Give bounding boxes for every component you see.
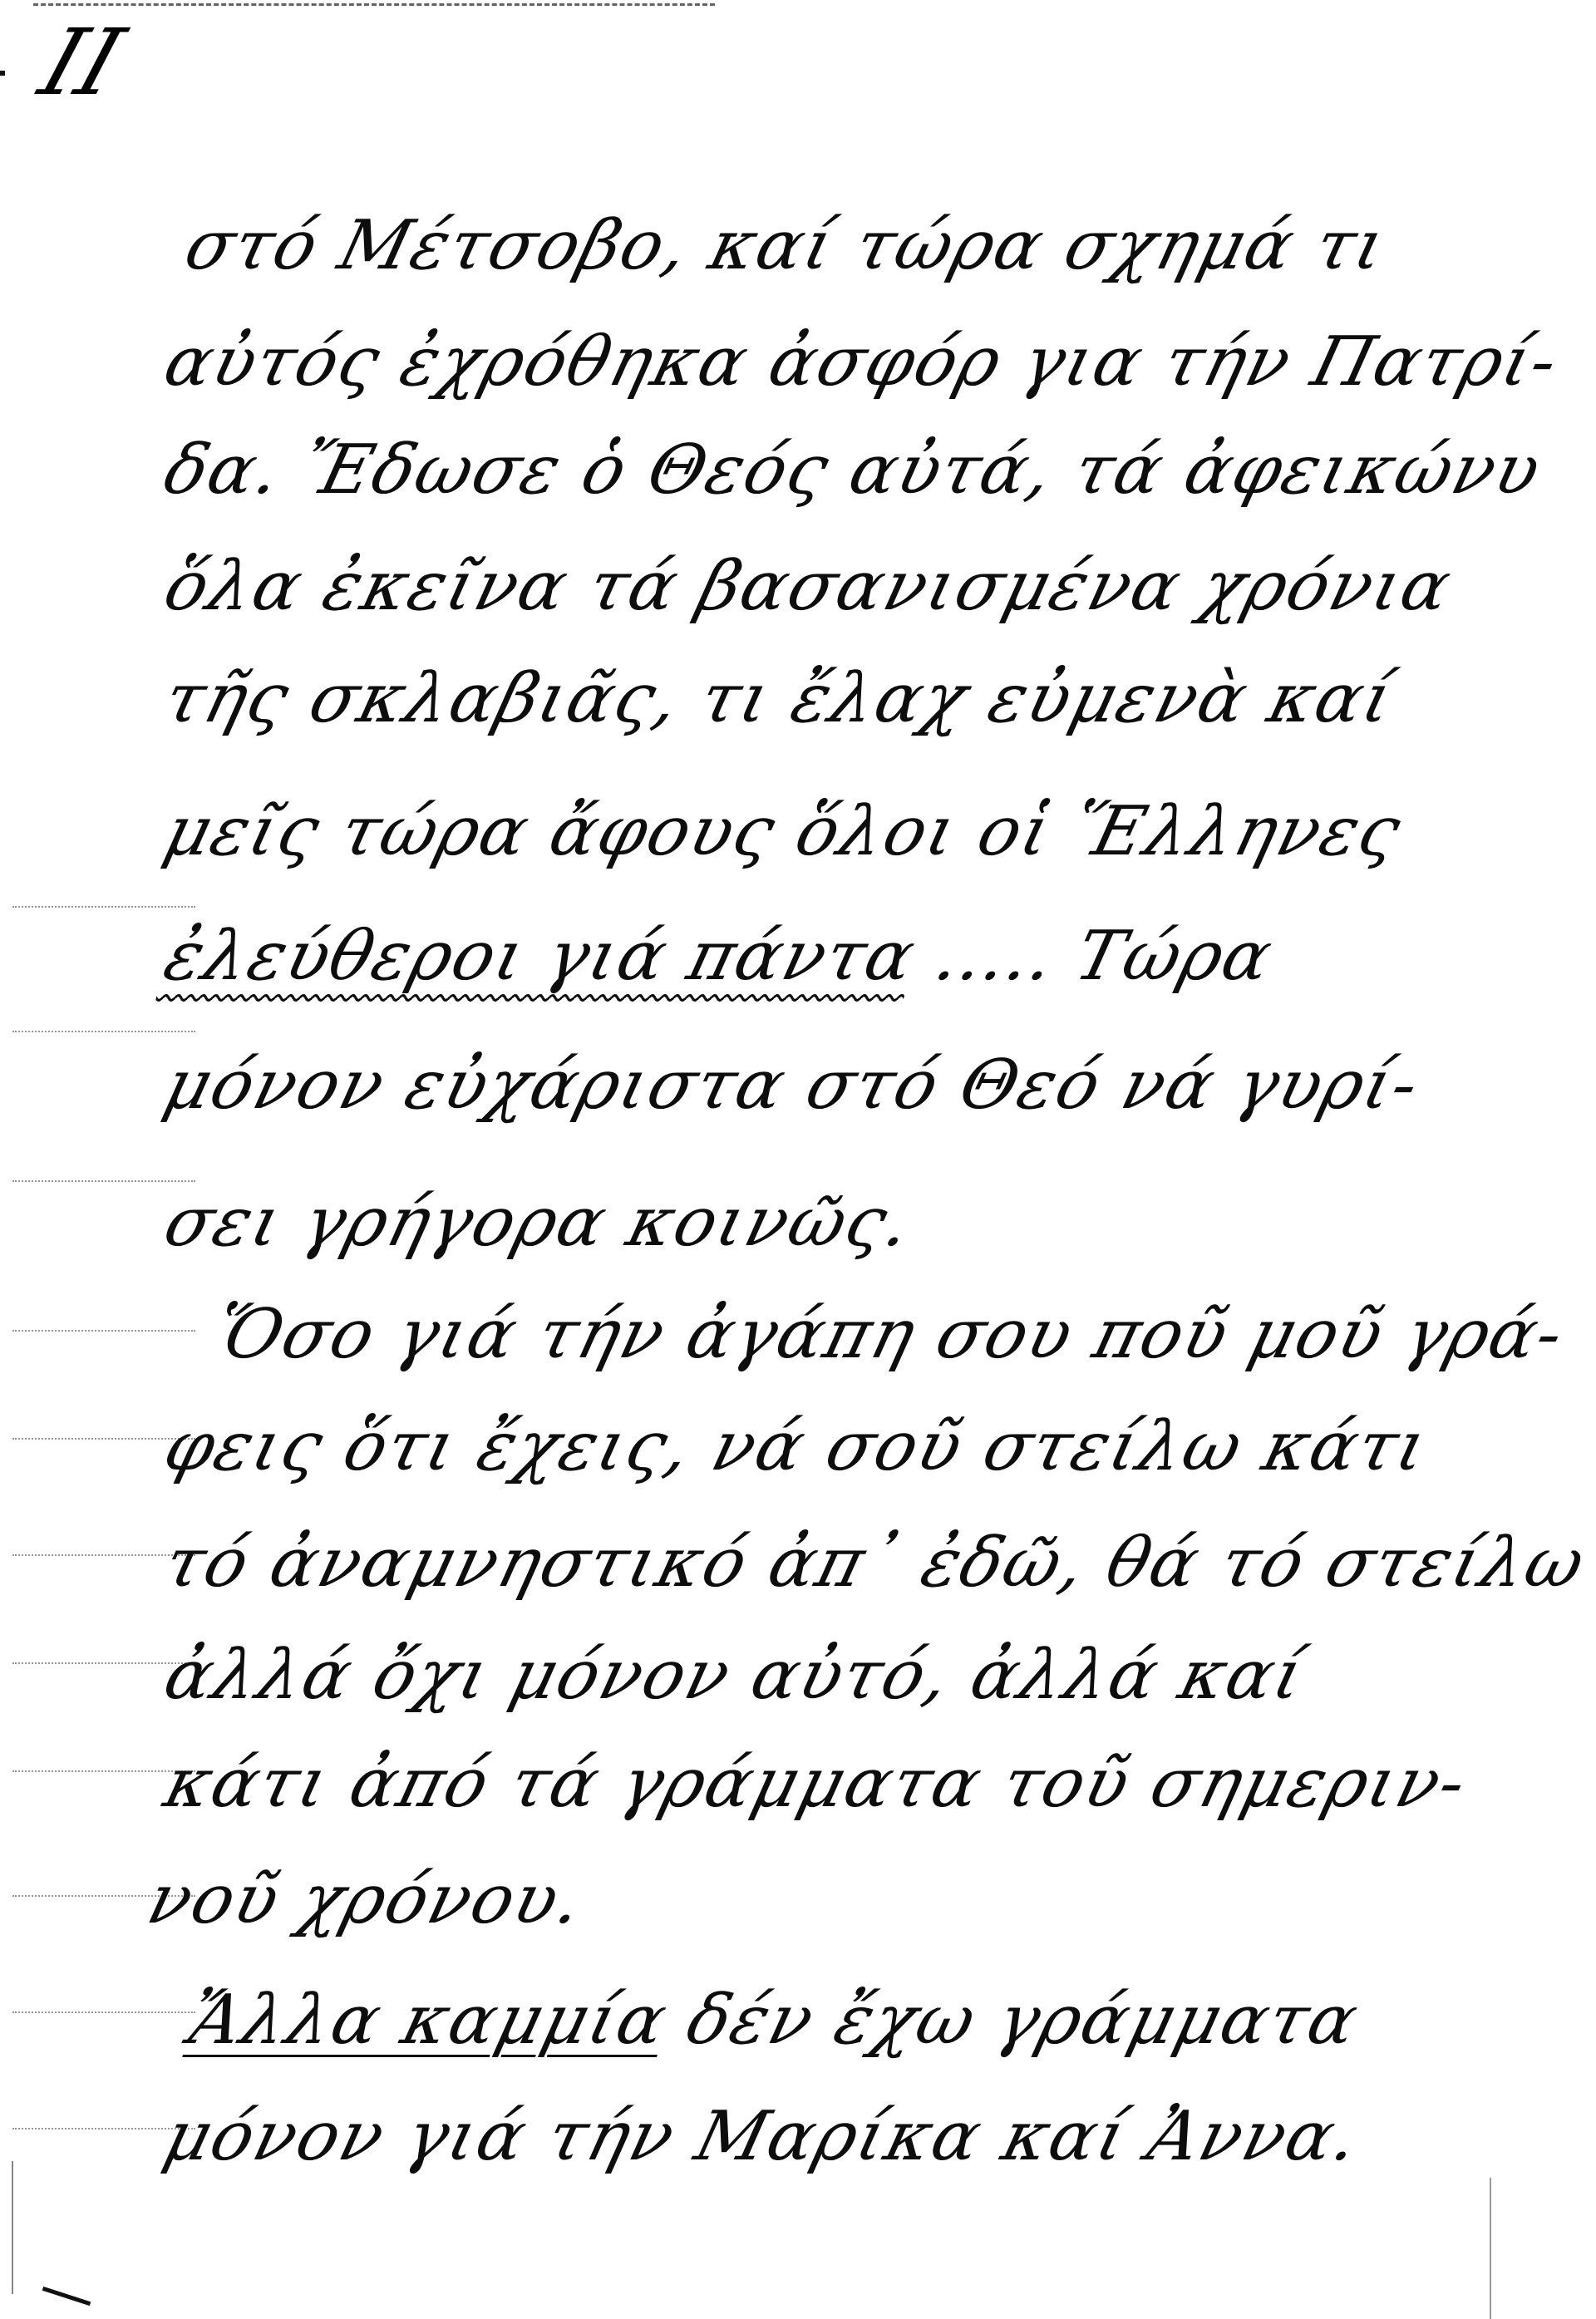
text-line-11: φεις ὅτι ἔχεις, νά σοῦ στείλω κάτι [158, 1413, 1435, 1481]
ruled-line [12, 1330, 195, 1332]
text-line-14: κάτι ἀπό τά γράμματα τοῦ σημεριν- [158, 1750, 1474, 1818]
underlined-phrase: Ἄλλα καμμία [182, 1981, 677, 2060]
text-line-4: ὅλα ἐκεῖνα τά βασανισμένα χρόνια [158, 553, 1459, 621]
text-line-16-underlined: Ἄλλα καμμία δέν ἔχω γράμματα [183, 1987, 1366, 2055]
text-line-7-underlined: ἐλεύθεροι γιά πάντα ..... Τώρα [158, 923, 1280, 991]
ruled-line [12, 1770, 195, 1772]
text-line-12: τό ἀναμνηστικό ἀπ᾽ ἐδῶ, θά τό στείλω [158, 1529, 1592, 1598]
text-line-3: δα. Ἔδωσε ὁ Θεός αὐτά, τά ἀφεικώνυ [158, 436, 1548, 505]
ruled-line [12, 1180, 195, 1182]
scan-edge-line [12, 2161, 13, 2294]
text-line-9: σει γρήγορα κοινῶς. [158, 1189, 919, 1257]
text-line-6: μεῖς τώρα ἄφους ὅλοι οἱ Ἕλληνες [158, 798, 1408, 866]
page-number: II [31, 17, 133, 108]
text-line-10: Ὅσο γιά τήν ἀγάπη σου ποῦ μοῦ γρά- [208, 1301, 1571, 1369]
scan-corner-mark [42, 2287, 91, 2306]
ruled-line [12, 2011, 195, 2013]
text-line-8: μόνον εὐχάριστα στό Θεό νά γυρί- [158, 1051, 1426, 1120]
ruled-line [12, 1662, 195, 1664]
scanned-letter-page: II στό Μέτσοβο, καί τώρα σχημά τι αὐτός … [0, 0, 1596, 2319]
text-line-15: νοῦ χρόνου. [141, 1866, 590, 1934]
text-line-17: μόνον γιά τήν Μαρίκα καί Ἀννα. [158, 2103, 1367, 2171]
scan-edge-line [1490, 2178, 1491, 2319]
text-line-2: αὐτός ἐχρόθηκα ἀσφόρ για τήν Πατρί- [158, 328, 1565, 396]
top-edge-rule [33, 3, 715, 6]
underlined-phrase: ἐλεύθεροι γιά πάντα [157, 917, 924, 996]
line-16-rest: δέν ἔχω γράμματα [679, 1981, 1367, 2060]
ruled-line [12, 1031, 195, 1032]
text-line-5: τῆς σκλαβιᾶς, τι ἔλαχ εὐμενὰ καί [158, 665, 1401, 733]
line-7-rest: ..... Τώρα [928, 917, 1281, 996]
text-line-13: ἀλλά ὄχι μόνον αὐτό, ἀλλά καί [158, 1642, 1312, 1710]
ruled-line [12, 906, 195, 908]
margin-mark [0, 71, 5, 76]
text-line-1: στό Μέτσοβο, καί τώρα σχημά τι [179, 212, 1393, 280]
